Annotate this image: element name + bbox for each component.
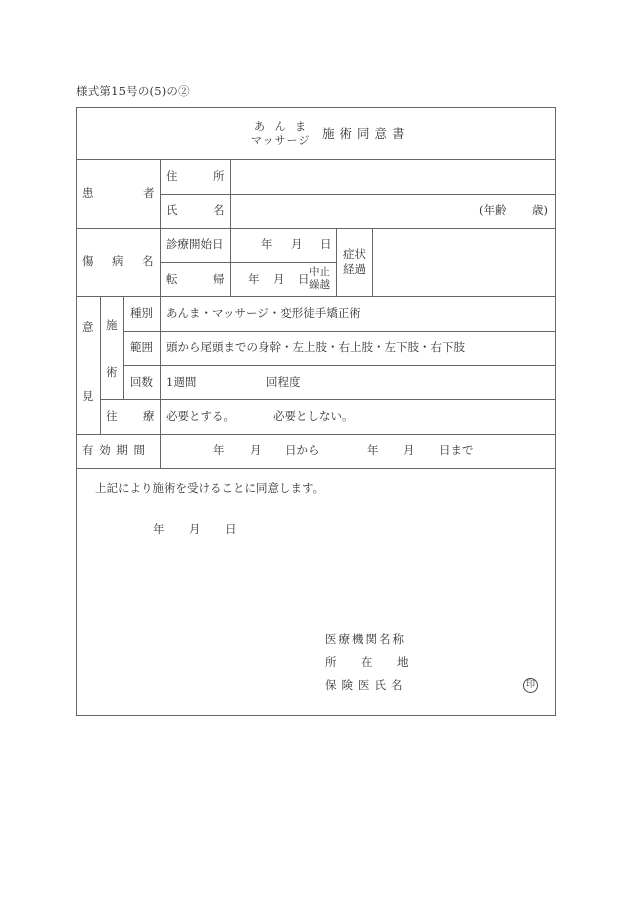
start-year[interactable]: 年 bbox=[261, 239, 273, 251]
divider bbox=[100, 399, 556, 400]
title-line1: あ ん ま bbox=[254, 121, 309, 132]
form-code: 様式第15号の(5)の② bbox=[76, 83, 190, 99]
outcome-label: 帰 bbox=[213, 274, 225, 286]
title-line2: マッサージ bbox=[251, 135, 310, 146]
patient-label: 者 bbox=[143, 188, 155, 200]
divider bbox=[336, 228, 337, 296]
outcome-day[interactable]: 日 bbox=[298, 274, 310, 286]
type-label: 種別 bbox=[130, 308, 153, 320]
outcome-year[interactable]: 年 bbox=[248, 274, 260, 286]
validity-from-month[interactable]: 月 bbox=[250, 445, 262, 457]
divider bbox=[100, 296, 101, 434]
injury-label: 傷 bbox=[82, 256, 94, 268]
divider bbox=[160, 159, 161, 297]
form-title: 施術同意書 bbox=[322, 128, 410, 141]
consent-date-day[interactable]: 日 bbox=[225, 524, 237, 536]
home-visit-required-option[interactable]: 必要とする。 bbox=[166, 411, 235, 423]
home-visit-not-required-option[interactable]: 必要としない。 bbox=[273, 411, 354, 423]
validity-to-day[interactable]: 日まで bbox=[439, 445, 474, 457]
frequency-suffix: 回程度 bbox=[266, 377, 301, 389]
divider bbox=[76, 434, 556, 435]
injury-label: 病 bbox=[112, 256, 124, 268]
age-suffix: 歳) bbox=[532, 205, 548, 217]
seal-icon: 印 bbox=[523, 678, 538, 693]
validity-to-month[interactable]: 月 bbox=[403, 445, 415, 457]
divider bbox=[123, 331, 556, 332]
consent-statement: 上記により施術を受けることに同意します。 bbox=[95, 483, 324, 495]
injury-label: 名 bbox=[142, 256, 154, 268]
treatment-label: 施 bbox=[106, 320, 118, 332]
outcome-option-discontinued[interactable]: 中止 bbox=[309, 267, 330, 278]
divider bbox=[76, 296, 556, 297]
frequency-label: 回数 bbox=[130, 377, 153, 389]
validity-label: 有 効 期 間 bbox=[82, 445, 146, 457]
age-prefix: (年齢 bbox=[479, 205, 507, 217]
range-label: 範囲 bbox=[130, 342, 153, 354]
divider bbox=[160, 262, 336, 263]
address-label: 所 bbox=[213, 171, 225, 183]
divider bbox=[230, 159, 231, 297]
divider bbox=[160, 194, 556, 195]
divider bbox=[123, 296, 124, 399]
address-label: 住 bbox=[166, 171, 178, 183]
outcome-month[interactable]: 月 bbox=[273, 274, 285, 286]
divider bbox=[123, 365, 556, 366]
divider bbox=[76, 468, 556, 469]
name-label: 氏 bbox=[166, 205, 178, 217]
validity-to-year[interactable]: 年 bbox=[367, 445, 379, 457]
divider bbox=[76, 228, 556, 229]
location-label: 地 bbox=[397, 657, 409, 669]
divider bbox=[160, 296, 161, 468]
opinion-label: 意 bbox=[82, 322, 94, 334]
start-month[interactable]: 月 bbox=[291, 239, 303, 251]
outcome-label: 転 bbox=[166, 274, 178, 286]
home-visit-label: 療 bbox=[143, 411, 155, 423]
consent-date-year[interactable]: 年 bbox=[153, 524, 165, 536]
location-label: 在 bbox=[361, 657, 373, 669]
start-date-label: 診療開始日 bbox=[166, 239, 224, 251]
frequency-prefix: 1週間 bbox=[166, 377, 196, 389]
outcome-option-carried-over[interactable]: 繰越 bbox=[309, 280, 330, 291]
divider bbox=[372, 228, 373, 296]
patient-label: 患 bbox=[82, 188, 94, 200]
symptom-label: 経過 bbox=[343, 264, 366, 276]
home-visit-label: 往 bbox=[106, 411, 118, 423]
doctor-name-label: 保険医氏名 bbox=[325, 680, 408, 692]
validity-from-year[interactable]: 年 bbox=[213, 445, 225, 457]
treatment-label: 術 bbox=[106, 367, 118, 379]
range-value: 頭から尾頭までの身幹・左上肢・右上肢・左下肢・右下肢 bbox=[166, 342, 465, 354]
symptom-label: 症状 bbox=[343, 249, 366, 261]
validity-from-day[interactable]: 日から bbox=[285, 445, 320, 457]
type-value: あんま・マッサージ・変形徒手矯正術 bbox=[166, 308, 361, 320]
start-day[interactable]: 日 bbox=[320, 239, 332, 251]
institution-name-label: 医療機関名称 bbox=[325, 634, 406, 646]
name-label: 名 bbox=[213, 205, 225, 217]
divider bbox=[76, 159, 556, 160]
location-label: 所 bbox=[325, 657, 337, 669]
consent-date-month[interactable]: 月 bbox=[189, 524, 201, 536]
opinion-label: 見 bbox=[82, 391, 94, 403]
